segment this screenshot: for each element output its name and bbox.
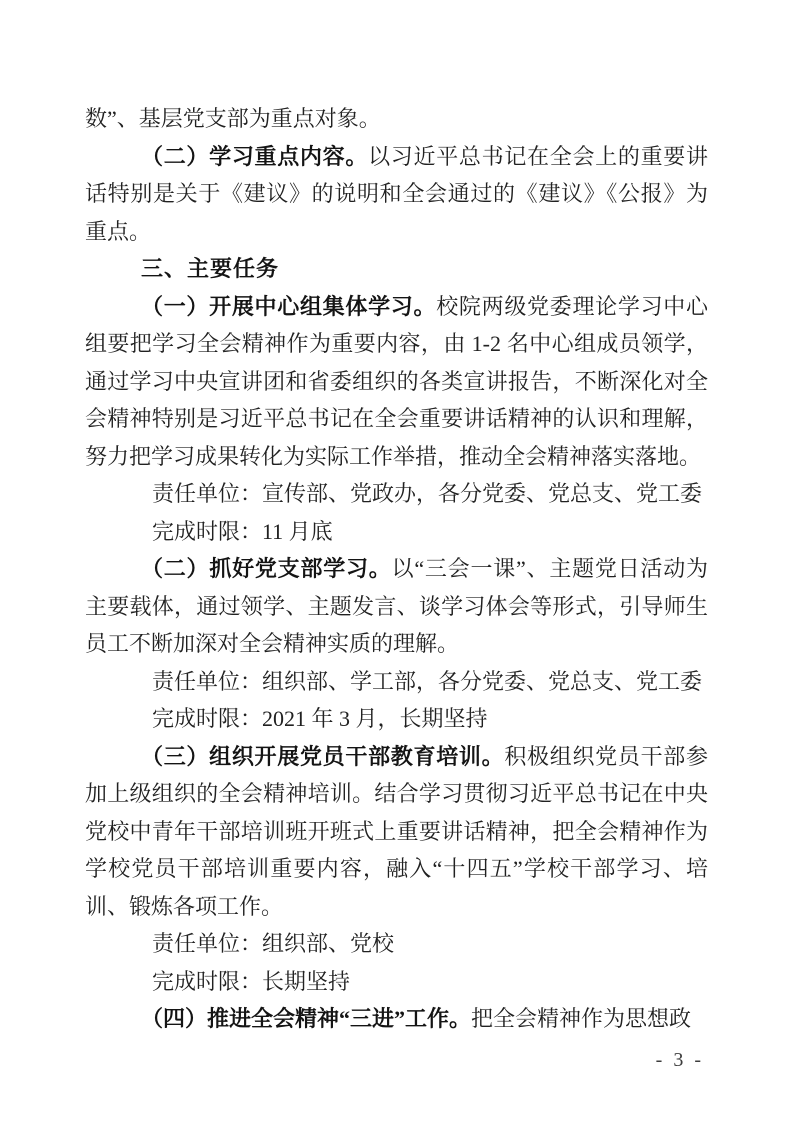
paragraph-text: 校院两级党委理论学习中心组要把学习全会精神作为重要内容，由 1-2 名中心组成员… bbox=[85, 294, 708, 469]
document-page: 数”、基层党支部为重点对象。（二）学习重点内容。以习近平总书记在全会上的重要讲话… bbox=[0, 0, 799, 1131]
meta-line: 完成时限：2021 年 3 月，长期坚持 bbox=[85, 700, 708, 738]
paragraph-lead: （二）抓好党支部学习。 bbox=[141, 556, 392, 581]
meta-line: 完成时限：长期坚持 bbox=[85, 963, 708, 1001]
meta-line: 完成时限：11 月底 bbox=[85, 513, 708, 551]
continuation-paragraph: 数”、基层党支部为重点对象。 bbox=[85, 100, 708, 138]
paragraph-text: 责任单位：组织部、学工部，各分党委、党总支、党工委 bbox=[152, 669, 702, 694]
body-paragraph: （四）推进全会精神“三进”工作。把全会精神作为思想政 bbox=[85, 1000, 708, 1038]
paragraph-lead: （三）组织开展党员干部教育培训。 bbox=[141, 744, 504, 769]
meta-line: 责任单位：组织部、党校 bbox=[85, 925, 708, 963]
document-body: 数”、基层党支部为重点对象。（二）学习重点内容。以习近平总书记在全会上的重要讲话… bbox=[85, 100, 708, 1038]
page-number: - 3 - bbox=[656, 1049, 704, 1072]
paragraph-lead: （一）开展中心组集体学习。 bbox=[141, 294, 436, 319]
body-paragraph: （二）抓好党支部学习。以“三会一课”、主题党日活动为主要载体，通过领学、主题发言… bbox=[85, 550, 708, 663]
paragraph-lead: 三、主要任务 bbox=[141, 256, 279, 281]
paragraph-text: 责任单位：宣传部、党政办，各分党委、党总支、党工委 bbox=[152, 481, 702, 506]
body-paragraph: （一）开展中心组集体学习。校院两级党委理论学习中心组要把学习全会精神作为重要内容… bbox=[85, 288, 708, 476]
paragraph-lead: （四）推进全会精神“三进”工作。 bbox=[141, 1006, 471, 1031]
section-heading: 三、主要任务 bbox=[85, 250, 708, 288]
paragraph-text: 数”、基层党支部为重点对象。 bbox=[85, 106, 381, 131]
body-paragraph: （三）组织开展党员干部教育培训。积极组织党员干部参加上级组织的全会精神培训。结合… bbox=[85, 738, 708, 926]
meta-line: 责任单位：宣传部、党政办，各分党委、党总支、党工委 bbox=[85, 475, 708, 513]
paragraph-lead: （二）学习重点内容。 bbox=[141, 144, 368, 169]
body-paragraph: （二）学习重点内容。以习近平总书记在全会上的重要讲话特别是关于《建议》的说明和全… bbox=[85, 138, 708, 251]
paragraph-text: 把全会精神作为思想政 bbox=[471, 1006, 691, 1031]
paragraph-text: 责任单位：组织部、党校 bbox=[152, 931, 394, 956]
meta-line: 责任单位：组织部、学工部，各分党委、党总支、党工委 bbox=[85, 663, 708, 701]
paragraph-text: 完成时限：11 月底 bbox=[152, 519, 333, 544]
paragraph-text: 积极组织党员干部参加上级组织的全会精神培训。结合学习贯彻习近平总书记在中央党校中… bbox=[85, 744, 708, 919]
paragraph-text: 完成时限：长期坚持 bbox=[152, 969, 350, 994]
paragraph-text: 完成时限：2021 年 3 月，长期坚持 bbox=[152, 706, 488, 731]
